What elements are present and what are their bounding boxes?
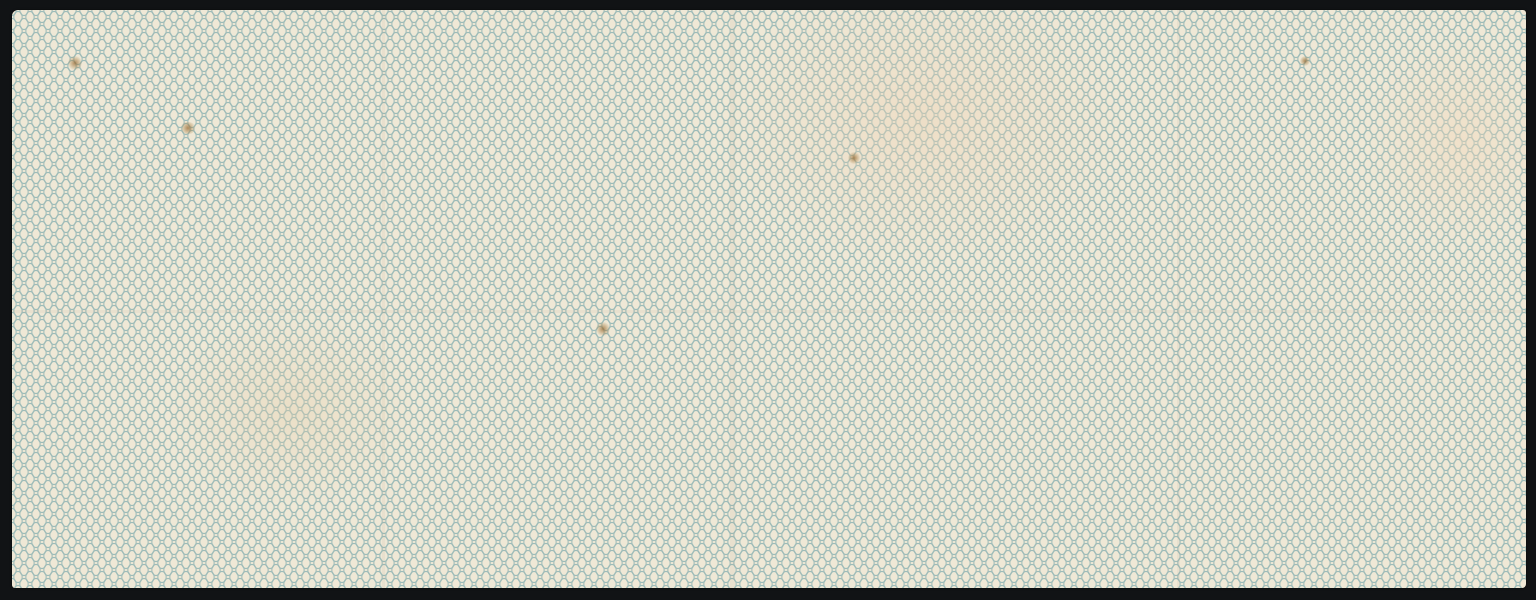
stain	[848, 152, 860, 164]
stain	[596, 322, 610, 336]
stain	[68, 56, 82, 70]
stain	[180, 122, 196, 134]
fold-line	[730, 10, 735, 588]
fold-line	[12, 310, 1526, 313]
paper-note	[12, 10, 1526, 588]
fold-line	[1177, 10, 1180, 588]
stain	[1300, 56, 1310, 66]
fold-line	[382, 10, 385, 588]
